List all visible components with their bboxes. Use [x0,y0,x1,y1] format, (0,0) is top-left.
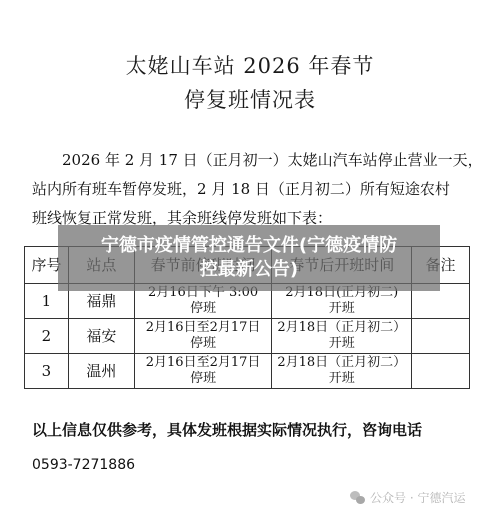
stop-time-line1: 2月16日至2月17日 [135,320,272,336]
stop-time-line2: 停班 [135,301,272,317]
watermark: 公众号 · 宁德汽运 [350,489,465,506]
table-row: 3 温州 2月16日至2月17日停班 2月18日（正月初二）开班 [25,354,470,389]
row-note [412,354,470,389]
paragraph-line-2: 站内所有班车暂停发班，2 月 18 日（正月初二）所有短途农村 [32,175,478,204]
wechat-icon [350,491,366,504]
row-resume-time: 2月18日（正月初二）开班 [272,319,412,354]
resume-time-line1: 2月18日（正月初二） [272,320,411,336]
watermark-text: 公众号 · 宁德汽运 [370,489,465,506]
stop-time-line1: 2月16日至2月17日 [135,355,272,371]
banner-line2: 控最新公告) [58,258,440,282]
stop-time-line2: 停班 [135,336,272,352]
row-station: 福安 [68,319,134,354]
stop-time-line2: 停班 [135,371,272,387]
resume-time-line2: 开班 [272,371,411,387]
row-stop-time: 2月16日至2月17日停班 [134,354,272,389]
document-title-line2: 停复班情况表 [0,84,500,114]
overlay-title-banner: 宁德市疫情管控通告文件(宁德疫情防 控最新公告) [58,225,440,291]
notice-paragraph: 2026 年 2 月 17 日（正月初一）太姥山汽车站停止营业一天， 站内所有班… [32,146,478,233]
table-row: 2 福安 2月16日至2月17日停班 2月18日（正月初二）开班 [25,319,470,354]
row-station: 温州 [68,354,134,389]
resume-time-line2: 开班 [272,301,411,317]
paragraph-line-1: 2026 年 2 月 17 日（正月初一）太姥山汽车站停止营业一天， [32,146,478,175]
contact-phone: 0593-7271886 [32,457,135,473]
row-no: 3 [25,354,69,389]
row-note [412,319,470,354]
row-stop-time: 2月16日至2月17日停班 [134,319,272,354]
resume-time-line1: 2月18日（正月初二） [272,355,411,371]
footer-note: 以上信息仅供参考，具体发班根据实际情况执行，咨询电话 [32,419,422,440]
row-no: 2 [25,319,69,354]
resume-time-line2: 开班 [272,336,411,352]
document-title-line1: 太姥山车站 2026 年春节 [0,50,500,80]
row-resume-time: 2月18日（正月初二）开班 [272,354,412,389]
banner-line1: 宁德市疫情管控通告文件(宁德疫情防 [58,234,440,258]
